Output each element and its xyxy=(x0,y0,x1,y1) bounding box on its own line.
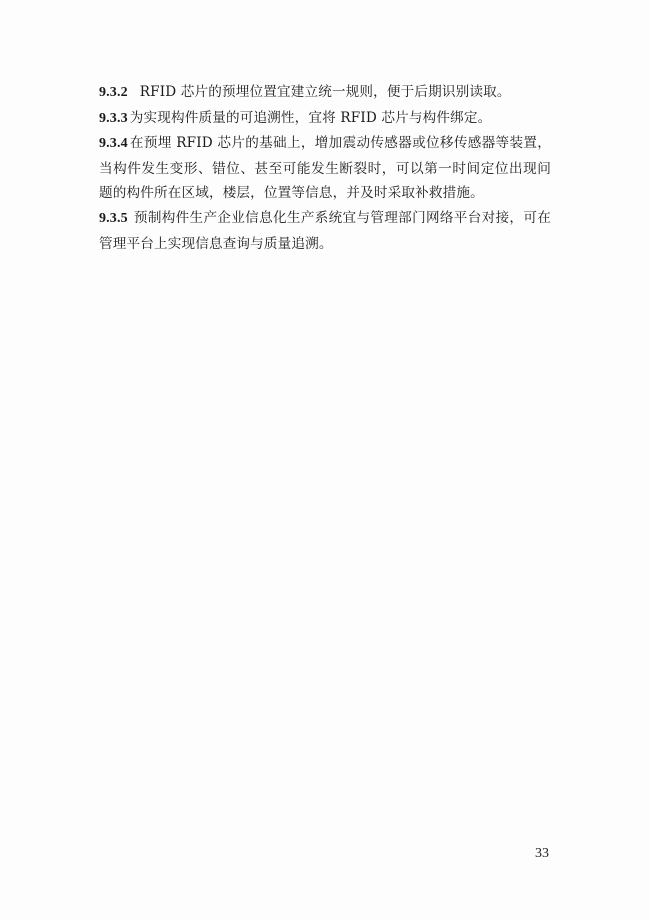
document-page: 9.3.2RFID 芯片的预埋位置宜建立统一规则，便于后期识别读取。 9.3.3… xyxy=(0,0,650,919)
clause-text: 为实现构件质量的可追溯性，宜将 RFID 芯片与构件绑定。 xyxy=(130,110,492,126)
clause-text: RFID 芯片的预埋位置宜建立统一规则，便于后期识别读取。 xyxy=(140,84,511,100)
clause-text: 在预埋 RFID 芯片的基础上，增加震动传感器或位移传感器等装置，当构件发生变形… xyxy=(99,135,551,201)
clause-number: 9.3.3 xyxy=(99,111,128,126)
clause-number: 9.3.2 xyxy=(99,85,128,100)
document-body: 9.3.2RFID 芯片的预埋位置宜建立统一规则，便于后期识别读取。 9.3.3… xyxy=(99,80,551,256)
clause-9-3-3: 9.3.3为实现构件质量的可追溯性，宜将 RFID 芯片与构件绑定。 xyxy=(99,106,551,132)
clause-text: 预制构件生产企业信息化生产系统宜与管理部门网络平台对接，可在管理平台上实现信息查… xyxy=(99,210,551,252)
clause-9-3-4: 9.3.4在预埋 RFID 芯片的基础上，增加震动传感器或位移传感器等装置，当构… xyxy=(99,131,551,206)
clause-9-3-5: 9.3.5预制构件生产企业信息化生产系统宜与管理部门网络平台对接，可在管理平台上… xyxy=(99,206,551,256)
clause-number: 9.3.4 xyxy=(99,136,128,151)
page-number: 33 xyxy=(535,846,549,862)
clause-number: 9.3.5 xyxy=(99,211,128,226)
clause-9-3-2: 9.3.2RFID 芯片的预埋位置宜建立统一规则，便于后期识别读取。 xyxy=(99,80,551,106)
